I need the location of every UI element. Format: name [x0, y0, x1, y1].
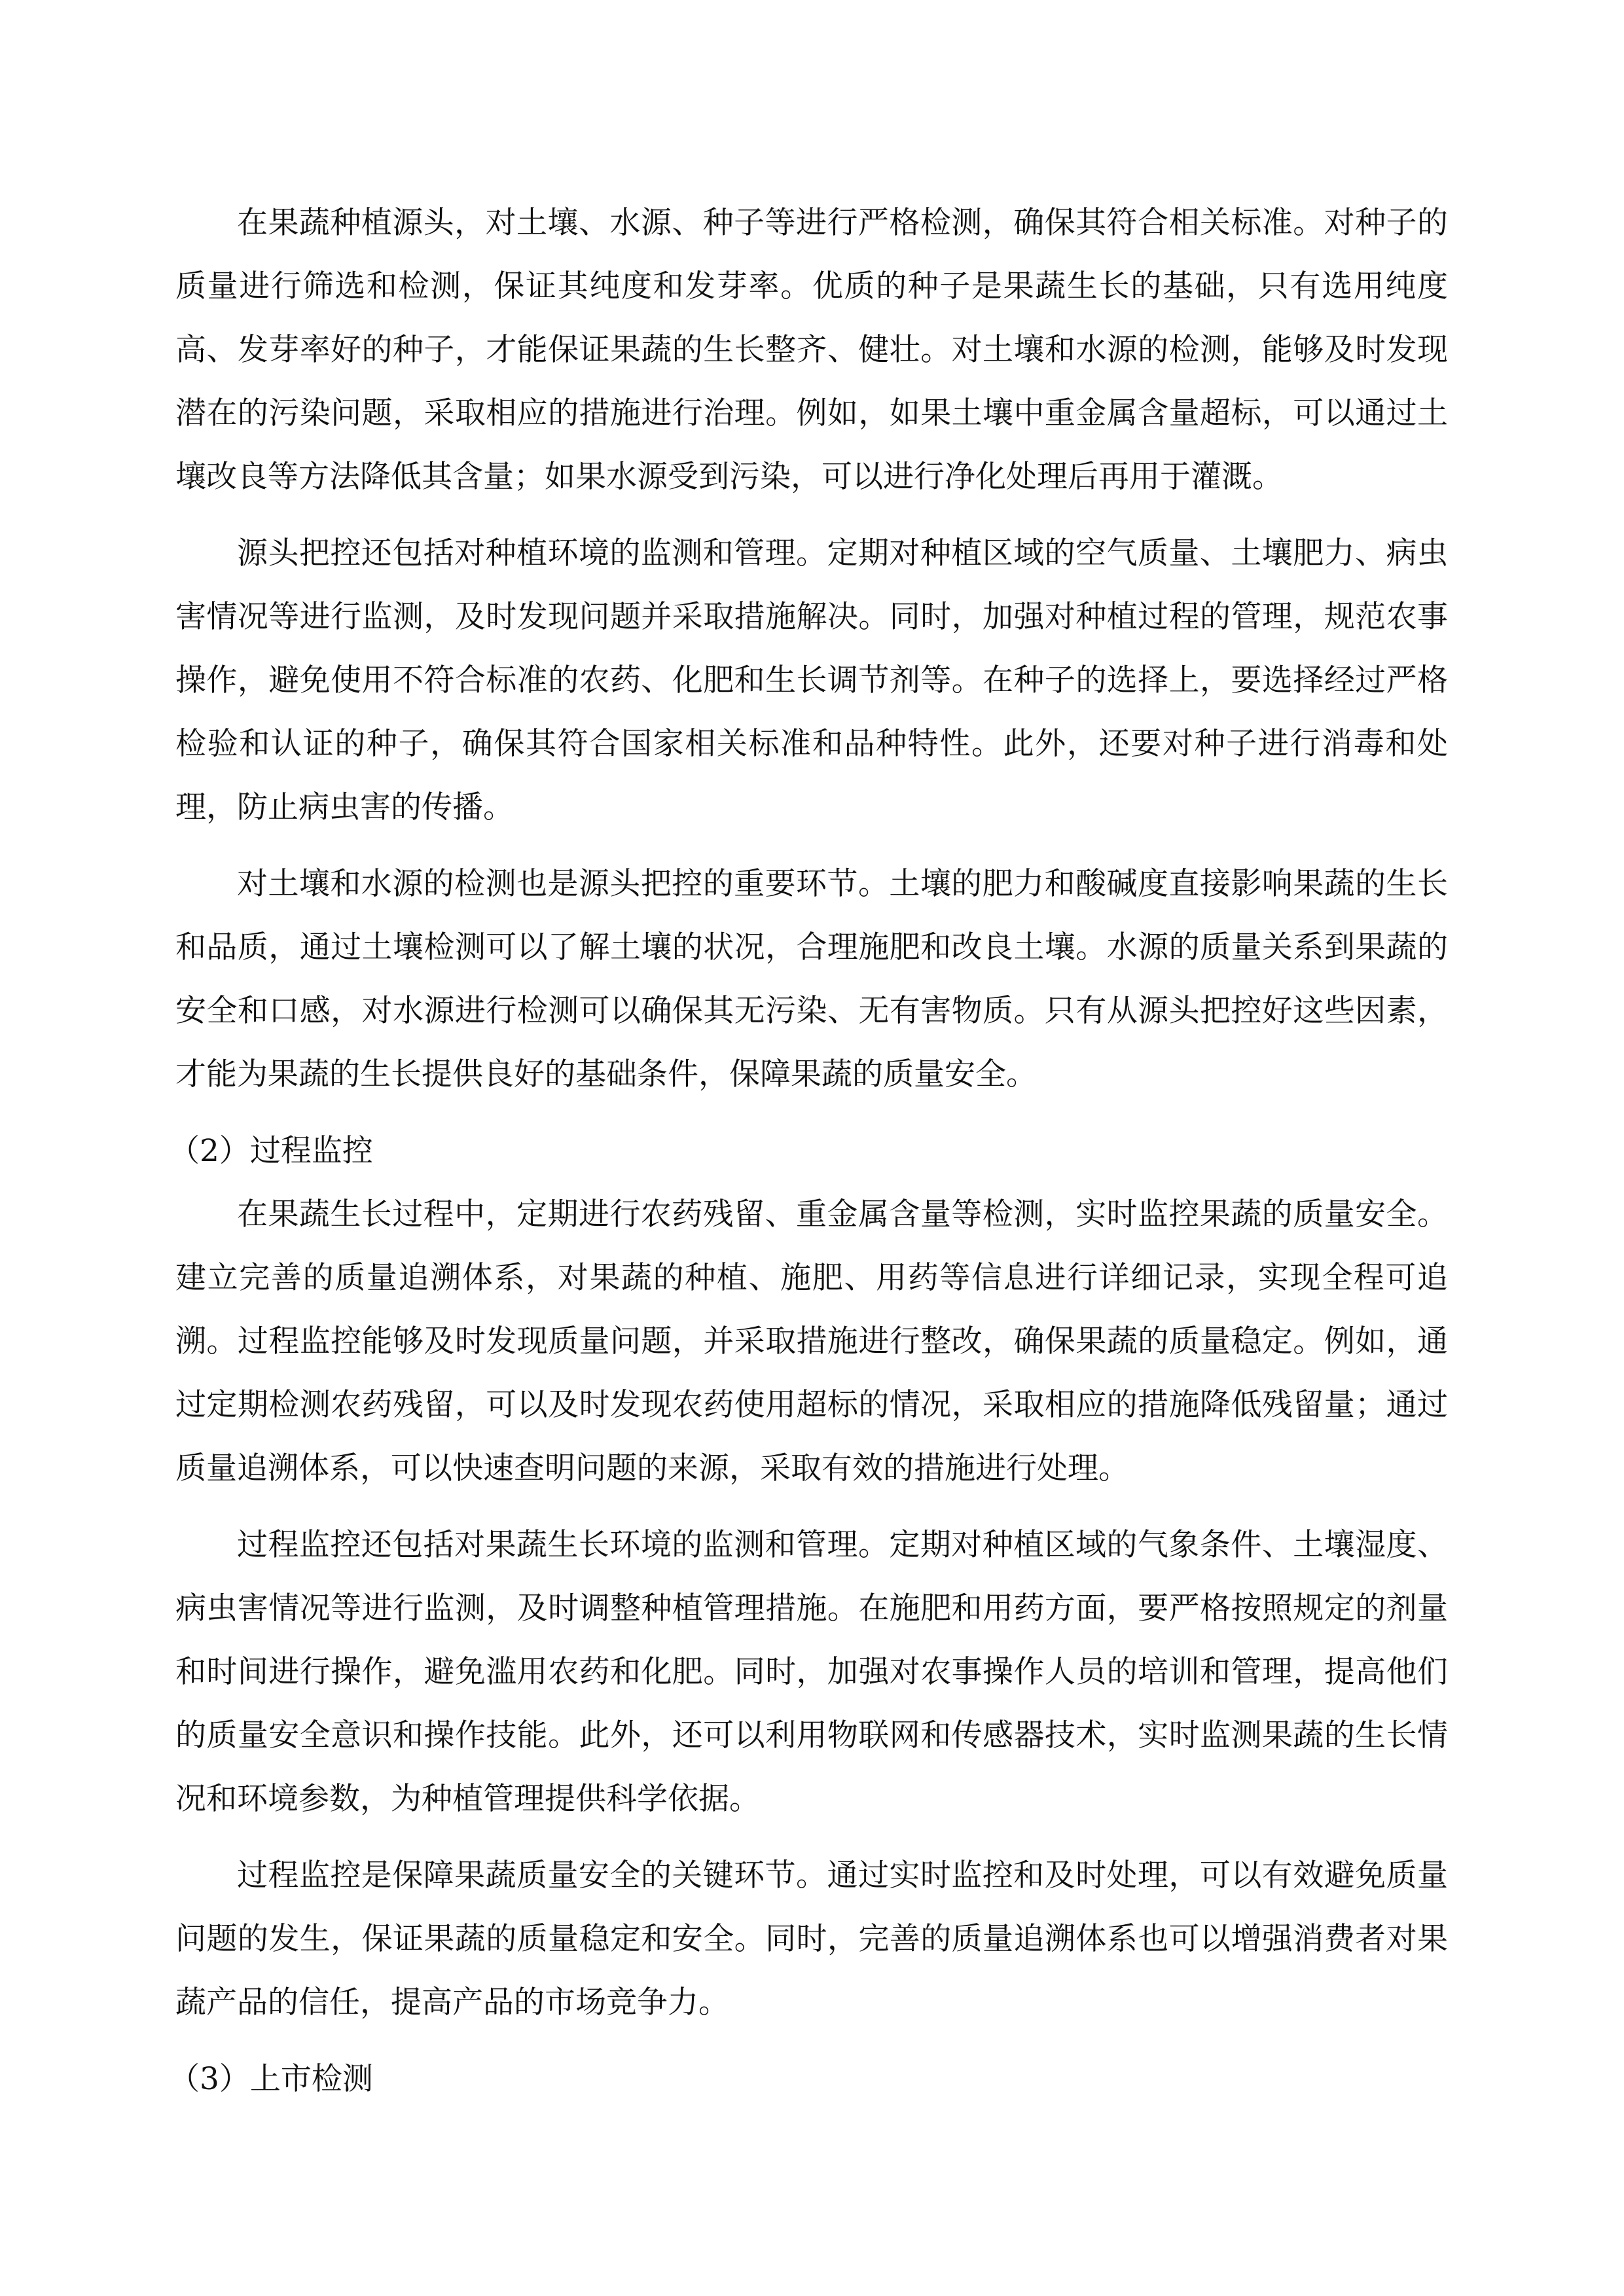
paragraph-growth-environment: 过程监控还包括对果蔬生长环境的监测和管理。定期对种植区域的气象条件、土壤湿度、病… — [175, 1513, 1448, 1831]
document-page: 在果蔬种植源头，对土壤、水源、种子等进行严格检测，确保其符合相关标准。对种子的质… — [175, 191, 1448, 2111]
paragraph-source-environment: 源头把控还包括对种植环境的监测和管理。定期对种植区域的空气质量、土壤肥力、病虫害… — [175, 522, 1448, 839]
paragraph-key-link: 过程监控是保障果蔬质量安全的关键环节。通过实时监控和及时处理，可以有效避免质量问… — [175, 1844, 1448, 2034]
section-heading-market-testing: （3）上市检测 — [169, 2047, 1448, 2111]
section-heading-process-monitoring: （2）过程监控 — [169, 1119, 1448, 1183]
paragraph-source-testing: 在果蔬种植源头，对土壤、水源、种子等进行严格检测，确保其符合相关标准。对种子的质… — [175, 191, 1448, 509]
paragraph-process-monitoring: 在果蔬生长过程中，定期进行农药残留、重金属含量等检测，实时监控果蔬的质量安全。建… — [175, 1183, 1448, 1500]
paragraph-soil-water-testing: 对土壤和水源的检测也是源头把控的重要环节。土壤的肥力和酸碱度直接影响果蔬的生长和… — [175, 852, 1448, 1106]
